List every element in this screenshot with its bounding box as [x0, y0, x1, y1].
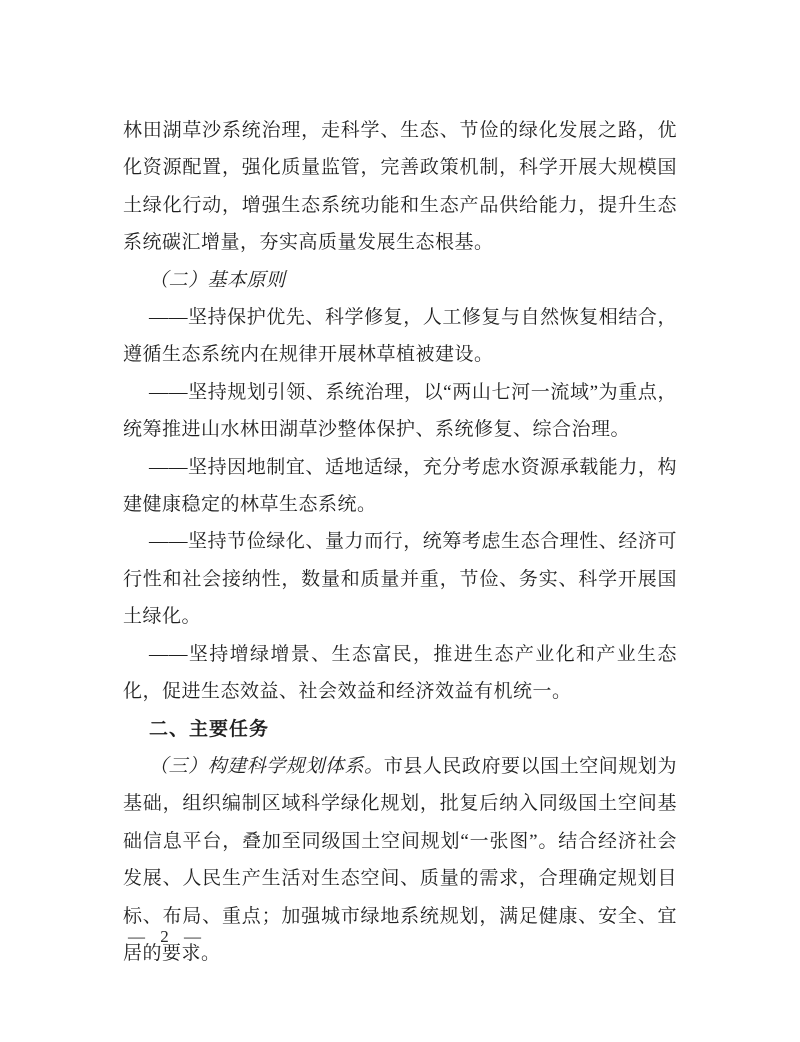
paragraph: （三）构建科学规划体系。市县人民政府要以国土空间规划为基础，组织编制区域科学绿化… — [123, 748, 677, 972]
paragraph: ——坚持节俭绿化、量力而行，统筹考虑生态合理性、经济可行性和社会接纳性，数量和质… — [123, 523, 677, 635]
document-body: 林田湖草沙系统治理，走科学、生态、节俭的绿化发展之路，优化资源配置，强化质量监管… — [123, 112, 677, 972]
paragraph: 林田湖草沙系统治理，走科学、生态、节俭的绿化发展之路，优化资源配置，强化质量监管… — [123, 112, 677, 262]
paragraph: ——坚持保护优先、科学修复，人工修复与自然恢复相结合，遵循生态系统内在规律开展林… — [123, 299, 677, 374]
paragraph: ——坚持因地制宜、适地适绿，充分考虑水资源承载能力，构建健康稳定的林草生态系统。 — [123, 449, 677, 524]
paragraph: ——坚持增绿增景、生态富民，推进生态产业化和产业生态化，促进生态效益、社会效益和… — [123, 636, 677, 711]
paragraph: ——坚持规划引领、系统治理，以“两山七河一流域”为重点，统筹推进山水林田湖草沙整… — [123, 374, 677, 449]
section-heading: 二、主要任务 — [123, 711, 677, 748]
page-number: — 2 — — [128, 926, 202, 948]
document-page: 林田湖草沙系统治理，走科学、生态、节俭的绿化发展之路，优化资源配置，强化质量监管… — [0, 0, 800, 1042]
paragraph-lead-heading: （三）构建科学规划体系。 — [149, 756, 384, 777]
section-heading: （二）基本原则 — [123, 262, 677, 299]
